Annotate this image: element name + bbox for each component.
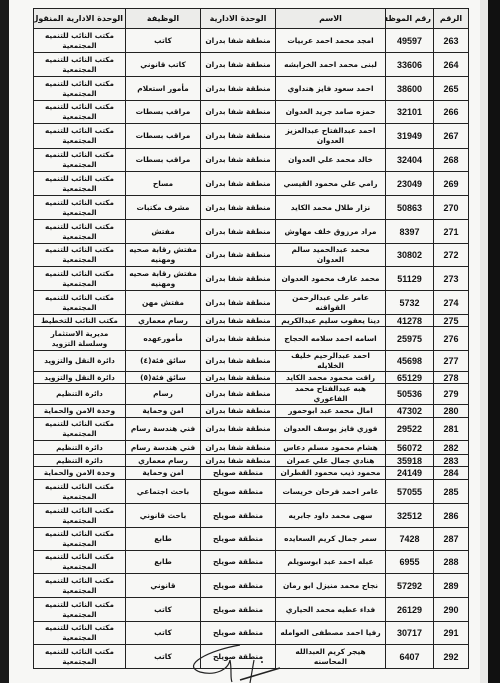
admin-unit: منطقة صويلح bbox=[201, 467, 276, 480]
table-row: 27351129محمد عارف محمود العدوانمنطقة شفا… bbox=[34, 267, 469, 291]
table-row: 2877428سمر جمال كريم السعايدهمنطقة صويلح… bbox=[34, 528, 469, 551]
table-row: 29026129فداء عطيه محمد الحياريمنطقة صويل… bbox=[34, 598, 469, 622]
row-number: 263 bbox=[434, 29, 469, 53]
employee-name: عامر علي عبدالرحمن القواقنه bbox=[276, 291, 386, 315]
job-title: فني هندسة رسام bbox=[126, 418, 201, 441]
employee-id: 50536 bbox=[386, 384, 434, 405]
employee-id: 23049 bbox=[386, 172, 434, 196]
row-number: 285 bbox=[434, 480, 469, 504]
job-title: قانوني bbox=[126, 574, 201, 598]
employee-name: احمد سعود فايز هنداوي bbox=[276, 77, 386, 101]
job-title: مشرف مكتبات bbox=[126, 196, 201, 220]
employee-id: 24149 bbox=[386, 467, 434, 480]
employee-id: 32404 bbox=[386, 149, 434, 172]
transferred-to: مديرية الاستثمار وسلسلة التزويد bbox=[34, 327, 126, 351]
job-title: مفتش رقابة صحيه ومهنيه bbox=[126, 267, 201, 291]
table-row: 28957292نجاح محمد منيزل ابو رمانمنطقة صو… bbox=[34, 574, 469, 598]
employee-id: 57292 bbox=[386, 574, 434, 598]
job-title: مفتش رقابة صحيه ومهنيه bbox=[126, 244, 201, 267]
admin-unit: منطقة شفا بدران bbox=[201, 384, 276, 405]
transferred-to: دائرة التنظيم bbox=[34, 441, 126, 455]
row-number: 276 bbox=[434, 327, 469, 351]
transferred-to: وحدة الامن والحماية bbox=[34, 467, 126, 480]
header-admin-unit: الوحدة الادارية bbox=[201, 9, 276, 29]
job-title: رسام معماري bbox=[126, 315, 201, 327]
employee-id: 51129 bbox=[386, 267, 434, 291]
employee-id: 65129 bbox=[386, 372, 434, 384]
employee-name: احمد عبدالرحيم خليف الخلايله bbox=[276, 351, 386, 372]
employee-name: مراد مرزوق خلف مهاوش bbox=[276, 220, 386, 244]
employee-name: رامي علي محمود القيسي bbox=[276, 172, 386, 196]
employee-id: 33606 bbox=[386, 53, 434, 77]
job-title: مراقب بسطات bbox=[126, 101, 201, 124]
table-row: 28632512سهى محمد داود جابريهمنطقة صويلحب… bbox=[34, 504, 469, 528]
employee-name: هنادي جمال علي عمران bbox=[276, 455, 386, 467]
row-number: 272 bbox=[434, 244, 469, 267]
job-title: مساح bbox=[126, 172, 201, 196]
admin-unit: منطقة شفا بدران bbox=[201, 291, 276, 315]
job-title: كاتب bbox=[126, 598, 201, 622]
scan-edge-left bbox=[0, 0, 9, 683]
transferred-to: دائرة التنظيم bbox=[34, 384, 126, 405]
job-title: امن وحماية bbox=[126, 467, 201, 480]
table-row: 2886955عبله احمد عبد ابوسويلممنطقة صويلح… bbox=[34, 551, 469, 574]
employee-name: احمد عبدالفتاح عبدالعزيز العدوان bbox=[276, 124, 386, 149]
table-row: 27050863نزار طلال محمد الكايدمنطقة شفا ب… bbox=[34, 196, 469, 220]
row-number: 266 bbox=[434, 101, 469, 124]
transferred-to: دائرة النقل والتزويد bbox=[34, 372, 126, 384]
admin-unit: منطقة صويلح bbox=[201, 504, 276, 528]
table-row: 26349597امجد محمد احمد عربياتمنطقة شفا ب… bbox=[34, 29, 469, 53]
row-number: 275 bbox=[434, 315, 469, 327]
employee-name: نجاح محمد منيزل ابو رمان bbox=[276, 574, 386, 598]
employee-id: 26129 bbox=[386, 598, 434, 622]
employee-name: هبه عبدالفتاح محمد الفاعوري bbox=[276, 384, 386, 405]
transferred-to: مكتب النائب للتخطيط bbox=[34, 315, 126, 327]
employee-name: عامر احمد فرحان خريسات bbox=[276, 480, 386, 504]
employee-name: هيجر كريم العبدالله المحاسنه bbox=[276, 645, 386, 669]
row-number: 267 bbox=[434, 124, 469, 149]
job-title: مفتش مهن bbox=[126, 291, 201, 315]
transferred-to: مكتب النائب للتنميه المجتمعية bbox=[34, 172, 126, 196]
job-title: كاتب قانوني bbox=[126, 53, 201, 77]
row-number: 269 bbox=[434, 172, 469, 196]
transferred-to: مكتب النائب للتنميه المجتمعية bbox=[34, 220, 126, 244]
admin-unit: منطقة شفا بدران bbox=[201, 196, 276, 220]
admin-unit: منطقة شفا بدران bbox=[201, 405, 276, 418]
table-row: 28557055عامر احمد فرحان خريساتمنطقة صويل… bbox=[34, 480, 469, 504]
table-row: 27745698احمد عبدالرحيم خليف الخلايلهمنطق… bbox=[34, 351, 469, 372]
job-title: مأمورعهده bbox=[126, 327, 201, 351]
row-number: 292 bbox=[434, 645, 469, 669]
table-row: 26433606لبنى محمد احمد الخرابشهمنطقة شفا… bbox=[34, 53, 469, 77]
admin-unit: منطقة شفا بدران bbox=[201, 267, 276, 291]
transferred-to: مكتب النائب للتنميه المجتمعية bbox=[34, 124, 126, 149]
transferred-to: مكتب النائب للتنميه المجتمعية bbox=[34, 598, 126, 622]
employee-name: سهى محمد داود جابريه bbox=[276, 504, 386, 528]
row-number: 264 bbox=[434, 53, 469, 77]
row-number: 270 bbox=[434, 196, 469, 220]
scan-margin-right bbox=[480, 0, 488, 683]
row-number: 284 bbox=[434, 467, 469, 480]
employee-id: 29522 bbox=[386, 418, 434, 441]
employee-id: 56072 bbox=[386, 441, 434, 455]
table-row: 28424149محمود ذيب محمود القطرانمنطقة صوي… bbox=[34, 467, 469, 480]
employee-name: محمود ذيب محمود القطران bbox=[276, 467, 386, 480]
transferred-to: مكتب النائب للتنميه المجتمعية bbox=[34, 291, 126, 315]
admin-unit: منطقة شفا بدران bbox=[201, 441, 276, 455]
employee-name: نزار طلال محمد الكايد bbox=[276, 196, 386, 220]
employee-id: 6955 bbox=[386, 551, 434, 574]
row-number: 282 bbox=[434, 441, 469, 455]
header-number: الرقم bbox=[434, 9, 469, 29]
employee-name: دينا يعقوب سليم عبدالكريم bbox=[276, 315, 386, 327]
transferred-to: مكتب النائب للتنميه المجتمعية bbox=[34, 504, 126, 528]
admin-unit: منطقة شفا بدران bbox=[201, 172, 276, 196]
admin-unit: منطقة صويلح bbox=[201, 574, 276, 598]
transferred-to: مكتب النائب للتنميه المجتمعية bbox=[34, 528, 126, 551]
employee-name: محمد عارف محمود العدوان bbox=[276, 267, 386, 291]
transferred-to: مكتب النائب للتنميه المجتمعية bbox=[34, 244, 126, 267]
header-job: الوظيفة bbox=[126, 9, 201, 29]
employee-id: 32512 bbox=[386, 504, 434, 528]
employee-name: لبنى محمد احمد الخرابشه bbox=[276, 53, 386, 77]
transferred-to: مكتب النائب للتنميه المجتمعية bbox=[34, 551, 126, 574]
transferred-to: مكتب النائب للتنميه المجتمعية bbox=[34, 77, 126, 101]
transferred-to: مكتب النائب للتنميه المجتمعية bbox=[34, 53, 126, 77]
employee-id: 47302 bbox=[386, 405, 434, 418]
row-number: 273 bbox=[434, 267, 469, 291]
signature-icon bbox=[170, 640, 290, 683]
row-number: 280 bbox=[434, 405, 469, 418]
transferred-to: مكتب النائب للتنميه المجتمعية bbox=[34, 196, 126, 220]
row-number: 286 bbox=[434, 504, 469, 528]
employee-transfer-table: الرقم رقم الموظف الاسم الوحدة الادارية ا… bbox=[33, 8, 469, 669]
row-number: 265 bbox=[434, 77, 469, 101]
job-title: مراقب بسطات bbox=[126, 149, 201, 172]
row-number: 278 bbox=[434, 372, 469, 384]
row-number: 289 bbox=[434, 574, 469, 598]
employee-name: رفيا احمد مصطفى العوامله bbox=[276, 622, 386, 645]
header-employee-id: رقم الموظف bbox=[386, 9, 434, 29]
admin-unit: منطقة شفا بدران bbox=[201, 315, 276, 327]
admin-unit: منطقة صويلح bbox=[201, 598, 276, 622]
job-title: امن وحماية bbox=[126, 405, 201, 418]
employee-id: 30802 bbox=[386, 244, 434, 267]
transferred-to: دائرة التنظيم bbox=[34, 455, 126, 467]
row-number: 281 bbox=[434, 418, 469, 441]
row-number: 271 bbox=[434, 220, 469, 244]
transferred-to: مكتب النائب للتنميه المجتمعية bbox=[34, 480, 126, 504]
table-row: 27950536هبه عبدالفتاح محمد الفاعوريمنطقة… bbox=[34, 384, 469, 405]
transferred-to: مكتب النائب للتنميه المجتمعية bbox=[34, 149, 126, 172]
job-title: باحث قانوني bbox=[126, 504, 201, 528]
transferred-to: مكتب النائب للتنميه المجتمعية bbox=[34, 574, 126, 598]
employee-name: محمد عبدالحميد سالم العدوان bbox=[276, 244, 386, 267]
employee-id: 45698 bbox=[386, 351, 434, 372]
table-row: 27541278دينا يعقوب سليم عبدالكريممنطقة ش… bbox=[34, 315, 469, 327]
employee-id: 38600 bbox=[386, 77, 434, 101]
table-row: 26632101حمزه صامد جريد العدوانمنطقة شفا … bbox=[34, 101, 469, 124]
job-title: كاتب bbox=[126, 29, 201, 53]
table-row: 27230802محمد عبدالحميد سالم العدوانمنطقة… bbox=[34, 244, 469, 267]
admin-unit: منطقة شفا بدران bbox=[201, 244, 276, 267]
job-title: فني هندسة رسام bbox=[126, 441, 201, 455]
row-number: 290 bbox=[434, 598, 469, 622]
admin-unit: منطقة صويلح bbox=[201, 551, 276, 574]
row-number: 274 bbox=[434, 291, 469, 315]
table-row: 26731949احمد عبدالفتاح عبدالعزيز العدوان… bbox=[34, 124, 469, 149]
transferred-to: مكتب النائب للتنميه المجتمعية bbox=[34, 101, 126, 124]
employee-name: راقت محمود محمد الكايد bbox=[276, 372, 386, 384]
employee-name: حمزه صامد جريد العدوان bbox=[276, 101, 386, 124]
employee-name: سمر جمال كريم السعايده bbox=[276, 528, 386, 551]
employee-name: امجد محمد احمد عربيات bbox=[276, 29, 386, 53]
job-title: مفتش bbox=[126, 220, 201, 244]
admin-unit: منطقة شفا بدران bbox=[201, 351, 276, 372]
employee-id: 30717 bbox=[386, 622, 434, 645]
table-row: 26832404خالد محمد علي العدوانمنطقة شفا ب… bbox=[34, 149, 469, 172]
job-title: سائق فئة(٤) bbox=[126, 351, 201, 372]
employee-id: 32101 bbox=[386, 101, 434, 124]
table-row: 2718397مراد مرزوق خلف مهاوشمنطقة شفا بدر… bbox=[34, 220, 469, 244]
job-title: رسام bbox=[126, 384, 201, 405]
employee-id: 31949 bbox=[386, 124, 434, 149]
row-number: 287 bbox=[434, 528, 469, 551]
table-row: 26923049رامي علي محمود القيسيمنطقة شفا ب… bbox=[34, 172, 469, 196]
table-row: 2745732عامر علي عبدالرحمن القواقنهمنطقة … bbox=[34, 291, 469, 315]
scan-edge-right bbox=[488, 0, 500, 683]
transferred-to: مكتب النائب للتنميه المجتمعية bbox=[34, 29, 126, 53]
job-title: طابع bbox=[126, 551, 201, 574]
employee-id: 49597 bbox=[386, 29, 434, 53]
transferred-to: مكتب النائب للتنميه المجتمعية bbox=[34, 622, 126, 645]
admin-unit: منطقة شفا بدران bbox=[201, 220, 276, 244]
job-title: سائق فئة(٥) bbox=[126, 372, 201, 384]
job-title: باحث اجتماعي bbox=[126, 480, 201, 504]
table-row: 28047302امال محمد عبد ابوحمورمنطقة شفا ب… bbox=[34, 405, 469, 418]
table-row: 26538600احمد سعود فايز هنداويمنطقة شفا ب… bbox=[34, 77, 469, 101]
row-number: 279 bbox=[434, 384, 469, 405]
employee-name: فداء عطيه محمد الحياري bbox=[276, 598, 386, 622]
admin-unit: منطقة شفا بدران bbox=[201, 101, 276, 124]
employee-id: 50863 bbox=[386, 196, 434, 220]
employee-name: خالد محمد علي العدوان bbox=[276, 149, 386, 172]
admin-unit: منطقة شفا بدران bbox=[201, 455, 276, 467]
admin-unit: منطقة صويلح bbox=[201, 528, 276, 551]
employee-name: هشام محمود مسلم دعاس bbox=[276, 441, 386, 455]
transferred-to: مكتب النائب للتنميه المجتمعية bbox=[34, 645, 126, 669]
admin-unit: منطقة شفا بدران bbox=[201, 149, 276, 172]
admin-unit: منطقة شفا بدران bbox=[201, 53, 276, 77]
table-body: 26349597امجد محمد احمد عربياتمنطقة شفا ب… bbox=[34, 29, 469, 669]
employee-id: 5732 bbox=[386, 291, 434, 315]
table-header-row: الرقم رقم الموظف الاسم الوحدة الادارية ا… bbox=[34, 9, 469, 29]
row-number: 291 bbox=[434, 622, 469, 645]
transferred-to: دائرة النقل والتزويد bbox=[34, 351, 126, 372]
transferred-to: وحدة الامن والحماية bbox=[34, 405, 126, 418]
table-row: 28335918هنادي جمال علي عمرانمنطقة شفا بد… bbox=[34, 455, 469, 467]
employee-id: 6407 bbox=[386, 645, 434, 669]
table-row: 27625975اسامه احمد سلامه الحجاجمنطقة شفا… bbox=[34, 327, 469, 351]
admin-unit: منطقة شفا بدران bbox=[201, 372, 276, 384]
employee-id: 25975 bbox=[386, 327, 434, 351]
transferred-to: مكتب النائب للتنميه المجتمعية bbox=[34, 267, 126, 291]
employee-id: 57055 bbox=[386, 480, 434, 504]
employee-name: عبله احمد عبد ابوسويلم bbox=[276, 551, 386, 574]
admin-unit: منطقة صويلح bbox=[201, 480, 276, 504]
job-title: رسام معماري bbox=[126, 455, 201, 467]
admin-unit: منطقة شفا بدران bbox=[201, 418, 276, 441]
header-transferred-to: الوحدة الادارية المنقول اليها bbox=[34, 9, 126, 29]
admin-unit: منطقة شفا بدران bbox=[201, 327, 276, 351]
employee-name: امال محمد عبد ابوحمور bbox=[276, 405, 386, 418]
table-row: 28129522فوزي فايز يوسف العدوانمنطقة شفا … bbox=[34, 418, 469, 441]
admin-unit: منطقة شفا بدران bbox=[201, 29, 276, 53]
header-name: الاسم bbox=[276, 9, 386, 29]
employee-id: 7428 bbox=[386, 528, 434, 551]
admin-unit: منطقة شفا بدران bbox=[201, 124, 276, 149]
job-title: طابع bbox=[126, 528, 201, 551]
row-number: 283 bbox=[434, 455, 469, 467]
row-number: 288 bbox=[434, 551, 469, 574]
job-title: مأمور استعلام bbox=[126, 77, 201, 101]
row-number: 268 bbox=[434, 149, 469, 172]
employee-id: 35918 bbox=[386, 455, 434, 467]
employee-name: اسامه احمد سلامه الحجاج bbox=[276, 327, 386, 351]
employee-id: 8397 bbox=[386, 220, 434, 244]
employee-name: فوزي فايز يوسف العدوان bbox=[276, 418, 386, 441]
admin-unit: منطقة شفا بدران bbox=[201, 77, 276, 101]
table-row: 28256072هشام محمود مسلم دعاسمنطقة شفا بد… bbox=[34, 441, 469, 455]
row-number: 277 bbox=[434, 351, 469, 372]
table-row: 27865129راقت محمود محمد الكايدمنطقة شفا … bbox=[34, 372, 469, 384]
transferred-to: مكتب النائب للتنميه المجتمعية bbox=[34, 418, 126, 441]
employee-id: 41278 bbox=[386, 315, 434, 327]
job-title: مراقب بسطات bbox=[126, 124, 201, 149]
